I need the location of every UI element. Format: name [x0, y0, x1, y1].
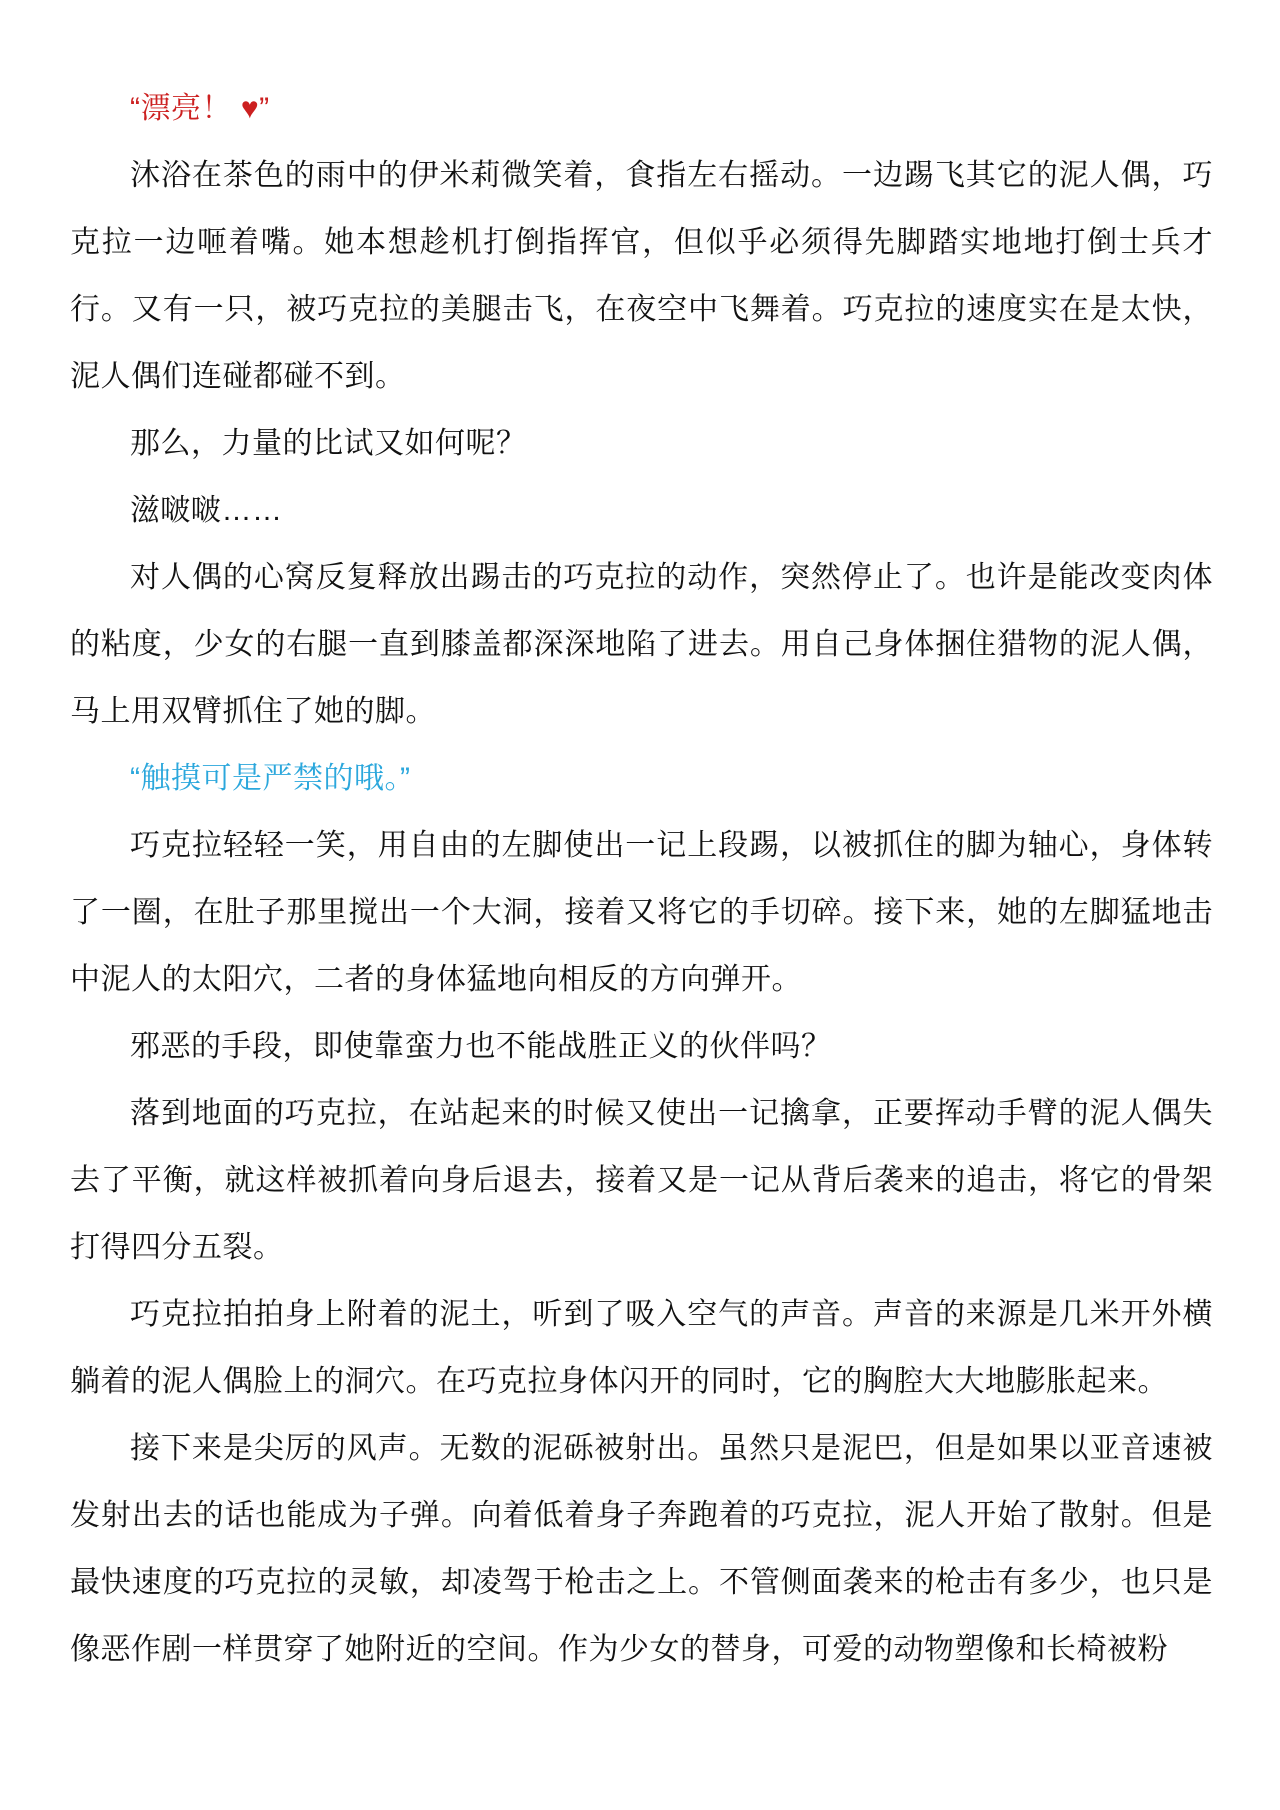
dialogue-line-blue: “触摸可是严禁的哦。” [70, 745, 1213, 812]
paragraph: 落到地面的巧克拉，在站起来的时候又使出一记擒拿，正要挥动手臂的泥人偶失去了平衡，… [70, 1080, 1213, 1281]
paragraph: 滋啵啵…… [70, 477, 1213, 544]
paragraph: 巧克拉拍拍身上附着的泥土，听到了吸入空气的声音。声音的来源是几米开外横躺着的泥人… [70, 1281, 1213, 1415]
paragraph: 那么，力量的比试又如何呢？ [70, 410, 1213, 477]
paragraph: 沐浴在茶色的雨中的伊米莉微笑着，食指左右摇动。一边踢飞其它的泥人偶，巧克拉一边咂… [70, 142, 1213, 410]
paragraph: 邪恶的手段，即使靠蛮力也不能战胜正义的伙伴吗？ [70, 1013, 1213, 1080]
paragraph: 巧克拉轻轻一笑，用自由的左脚使出一记上段踢，以被抓住的脚为轴心，身体转了一圈，在… [70, 812, 1213, 1013]
text-content: “漂亮！ ♥”沐浴在茶色的雨中的伊米莉微笑着，食指左右摇动。一边踢飞其它的泥人偶… [70, 0, 1213, 1683]
paragraph: 对人偶的心窝反复释放出踢击的巧克拉的动作，突然停止了。也许是能改变肉体的粘度，少… [70, 544, 1213, 745]
paragraph: 接下来是尖厉的风声。无数的泥砾被射出。虽然只是泥巴，但是如果以亚音速被发射出去的… [70, 1415, 1213, 1683]
dialogue-line-red: “漂亮！ ♥” [70, 75, 1213, 142]
document-page: “漂亮！ ♥”沐浴在茶色的雨中的伊米莉微笑着，食指左右摇动。一边踢飞其它的泥人偶… [0, 0, 1280, 1810]
